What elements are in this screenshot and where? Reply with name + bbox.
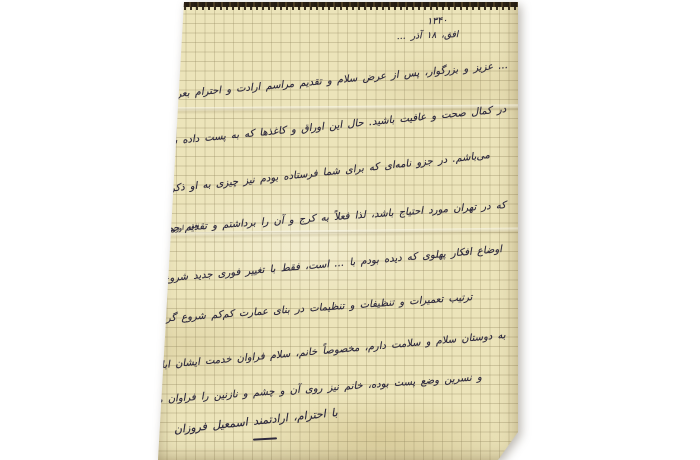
handwritten-line: ترتیب تعمیرات و تنظیفات و تنظیمات در بنا…: [118, 292, 472, 328]
handwritten-line: در کمال صحت و عافیت باشید. حال این اوراق…: [71, 104, 506, 157]
signature-underline: [253, 437, 277, 440]
handwritten-line: و نسرین وضع پست بوده، خانم نیز روی آن و …: [123, 372, 483, 408]
handwritten-line: می‌باشم. در جزو نامه‌ای که برای شما فرست…: [73, 150, 491, 205]
date-year: ۱۳۴۰: [426, 15, 447, 27]
signature: با احترام، ارادتمند اسمعیل فروزان: [174, 406, 339, 436]
handwritten-line: به دوستان سلام و سلامت دارم، مخصوصاً خان…: [111, 330, 506, 375]
letter-paper: ۱۳۴۰ افق، ۱۸ آذر … … عزیز و بزرگوار، پس …: [158, 2, 518, 460]
torn-edge-serration: [178, 7, 518, 10]
date-place-day: افق، ۱۸ آذر …: [397, 30, 459, 42]
handwritten-line: اوضاع افکار پهلوی که دیده بودم با … است،…: [132, 244, 503, 287]
letter-paper-shadow: ۱۳۴۰ افق، ۱۸ آذر … … عزیز و بزرگوار، پس …: [158, 2, 518, 460]
scan-background: ۱۳۴۰ افق، ۱۸ آذر … … عزیز و بزرگوار، پس …: [0, 0, 700, 460]
handwritten-line: … عزیز و بزرگوار، پس از عرض سلام و تقدیم…: [109, 60, 509, 106]
